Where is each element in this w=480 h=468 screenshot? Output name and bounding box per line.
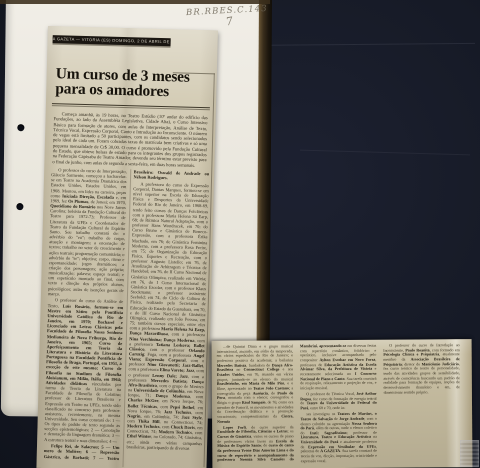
headline-underline-rule bbox=[52, 103, 210, 110]
punch-hole bbox=[16, 203, 23, 210]
strip-body-columns: …de Quintas Dima e o grupo musical inter… bbox=[217, 343, 461, 467]
binder-top-edge bbox=[0, 0, 270, 4]
album-page-edge bbox=[257, 0, 272, 350]
newspaper-clipping-main: A GAZETA — VITÓRIA (ES) DOMINGO, 2 DE AB… bbox=[36, 26, 218, 468]
masthead-strip: A GAZETA — VITÓRIA (ES) DOMINGO, 2 DE AB… bbox=[53, 35, 171, 46]
newspaper-clipping-strip: …de Quintas Dima e o grupo musical inter… bbox=[212, 339, 473, 468]
punch-hole bbox=[17, 124, 24, 131]
article-body-columns: O professor do curso de Interpretação, G… bbox=[44, 167, 210, 468]
photo-background: BR.RBES.C.143 7 A GAZETA — VITÓRIA (ES) … bbox=[0, 0, 480, 468]
watermark-stamp bbox=[460, 440, 479, 467]
headline: Um curso de 3 meses para os amadores bbox=[55, 66, 214, 100]
headline-line2: para os amadores bbox=[55, 81, 213, 100]
scratch-line bbox=[300, 150, 470, 156]
intro-paragraph: Começa amanhã, às 19 horas, no Teatro Es… bbox=[52, 111, 207, 168]
